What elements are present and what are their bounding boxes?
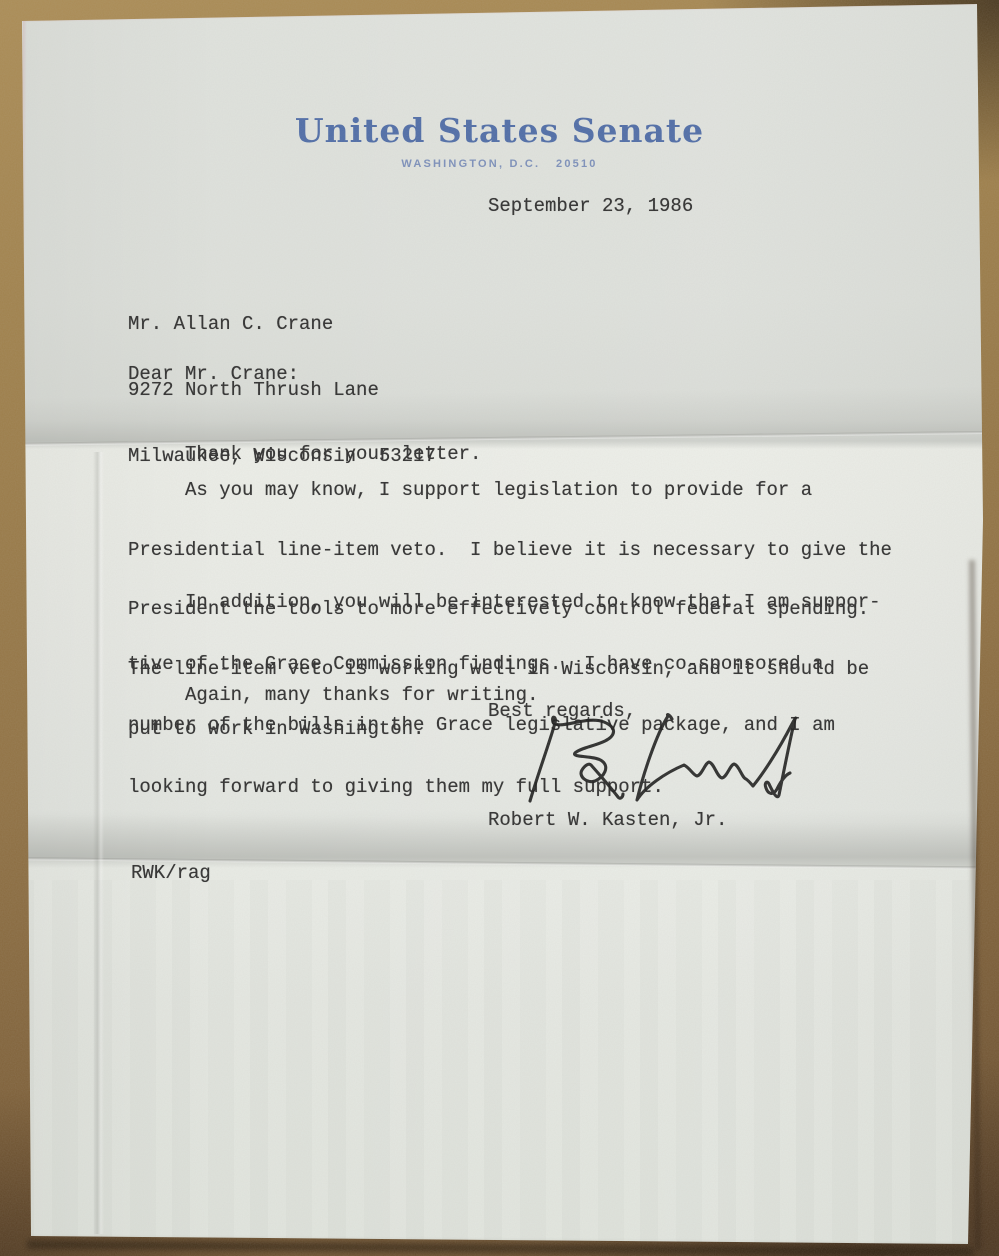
- body-paragraph-4: Again, many thanks for writing.: [128, 645, 538, 745]
- typed-signature-name: Robert W. Kasten, Jr.: [488, 810, 727, 830]
- paper-left-edge: [14, 18, 27, 1238]
- senate-letterhead-address: WASHINGTON, D.C. 20510: [0, 158, 999, 170]
- letter-paper: United States Senate WASHINGTON, D.C. 20…: [0, 0, 999, 1256]
- typist-initials: RWK/rag: [131, 863, 211, 883]
- paper-texture-streaks: [0, 880, 999, 1256]
- signature-stroke-first: [530, 717, 623, 801]
- recipient-name: Mr. Allan C. Crane: [128, 313, 436, 335]
- body-line: In addition, you will be interested to k…: [128, 592, 881, 613]
- paper-top-edge: [0, 1, 999, 23]
- signature-stroke-last: [637, 715, 796, 800]
- salutation: Dear Mr. Crane:: [128, 364, 299, 384]
- body-line: As you may know, I support legislation t…: [128, 481, 892, 501]
- senate-letterhead-title: United States Senate: [0, 111, 999, 150]
- date-line: September 23, 1986: [488, 196, 693, 216]
- photo-background: United States Senate WASHINGTON, D.C. 20…: [0, 0, 999, 1256]
- body-line: Again, many thanks for writing.: [128, 685, 538, 705]
- handwritten-signature: [525, 695, 815, 810]
